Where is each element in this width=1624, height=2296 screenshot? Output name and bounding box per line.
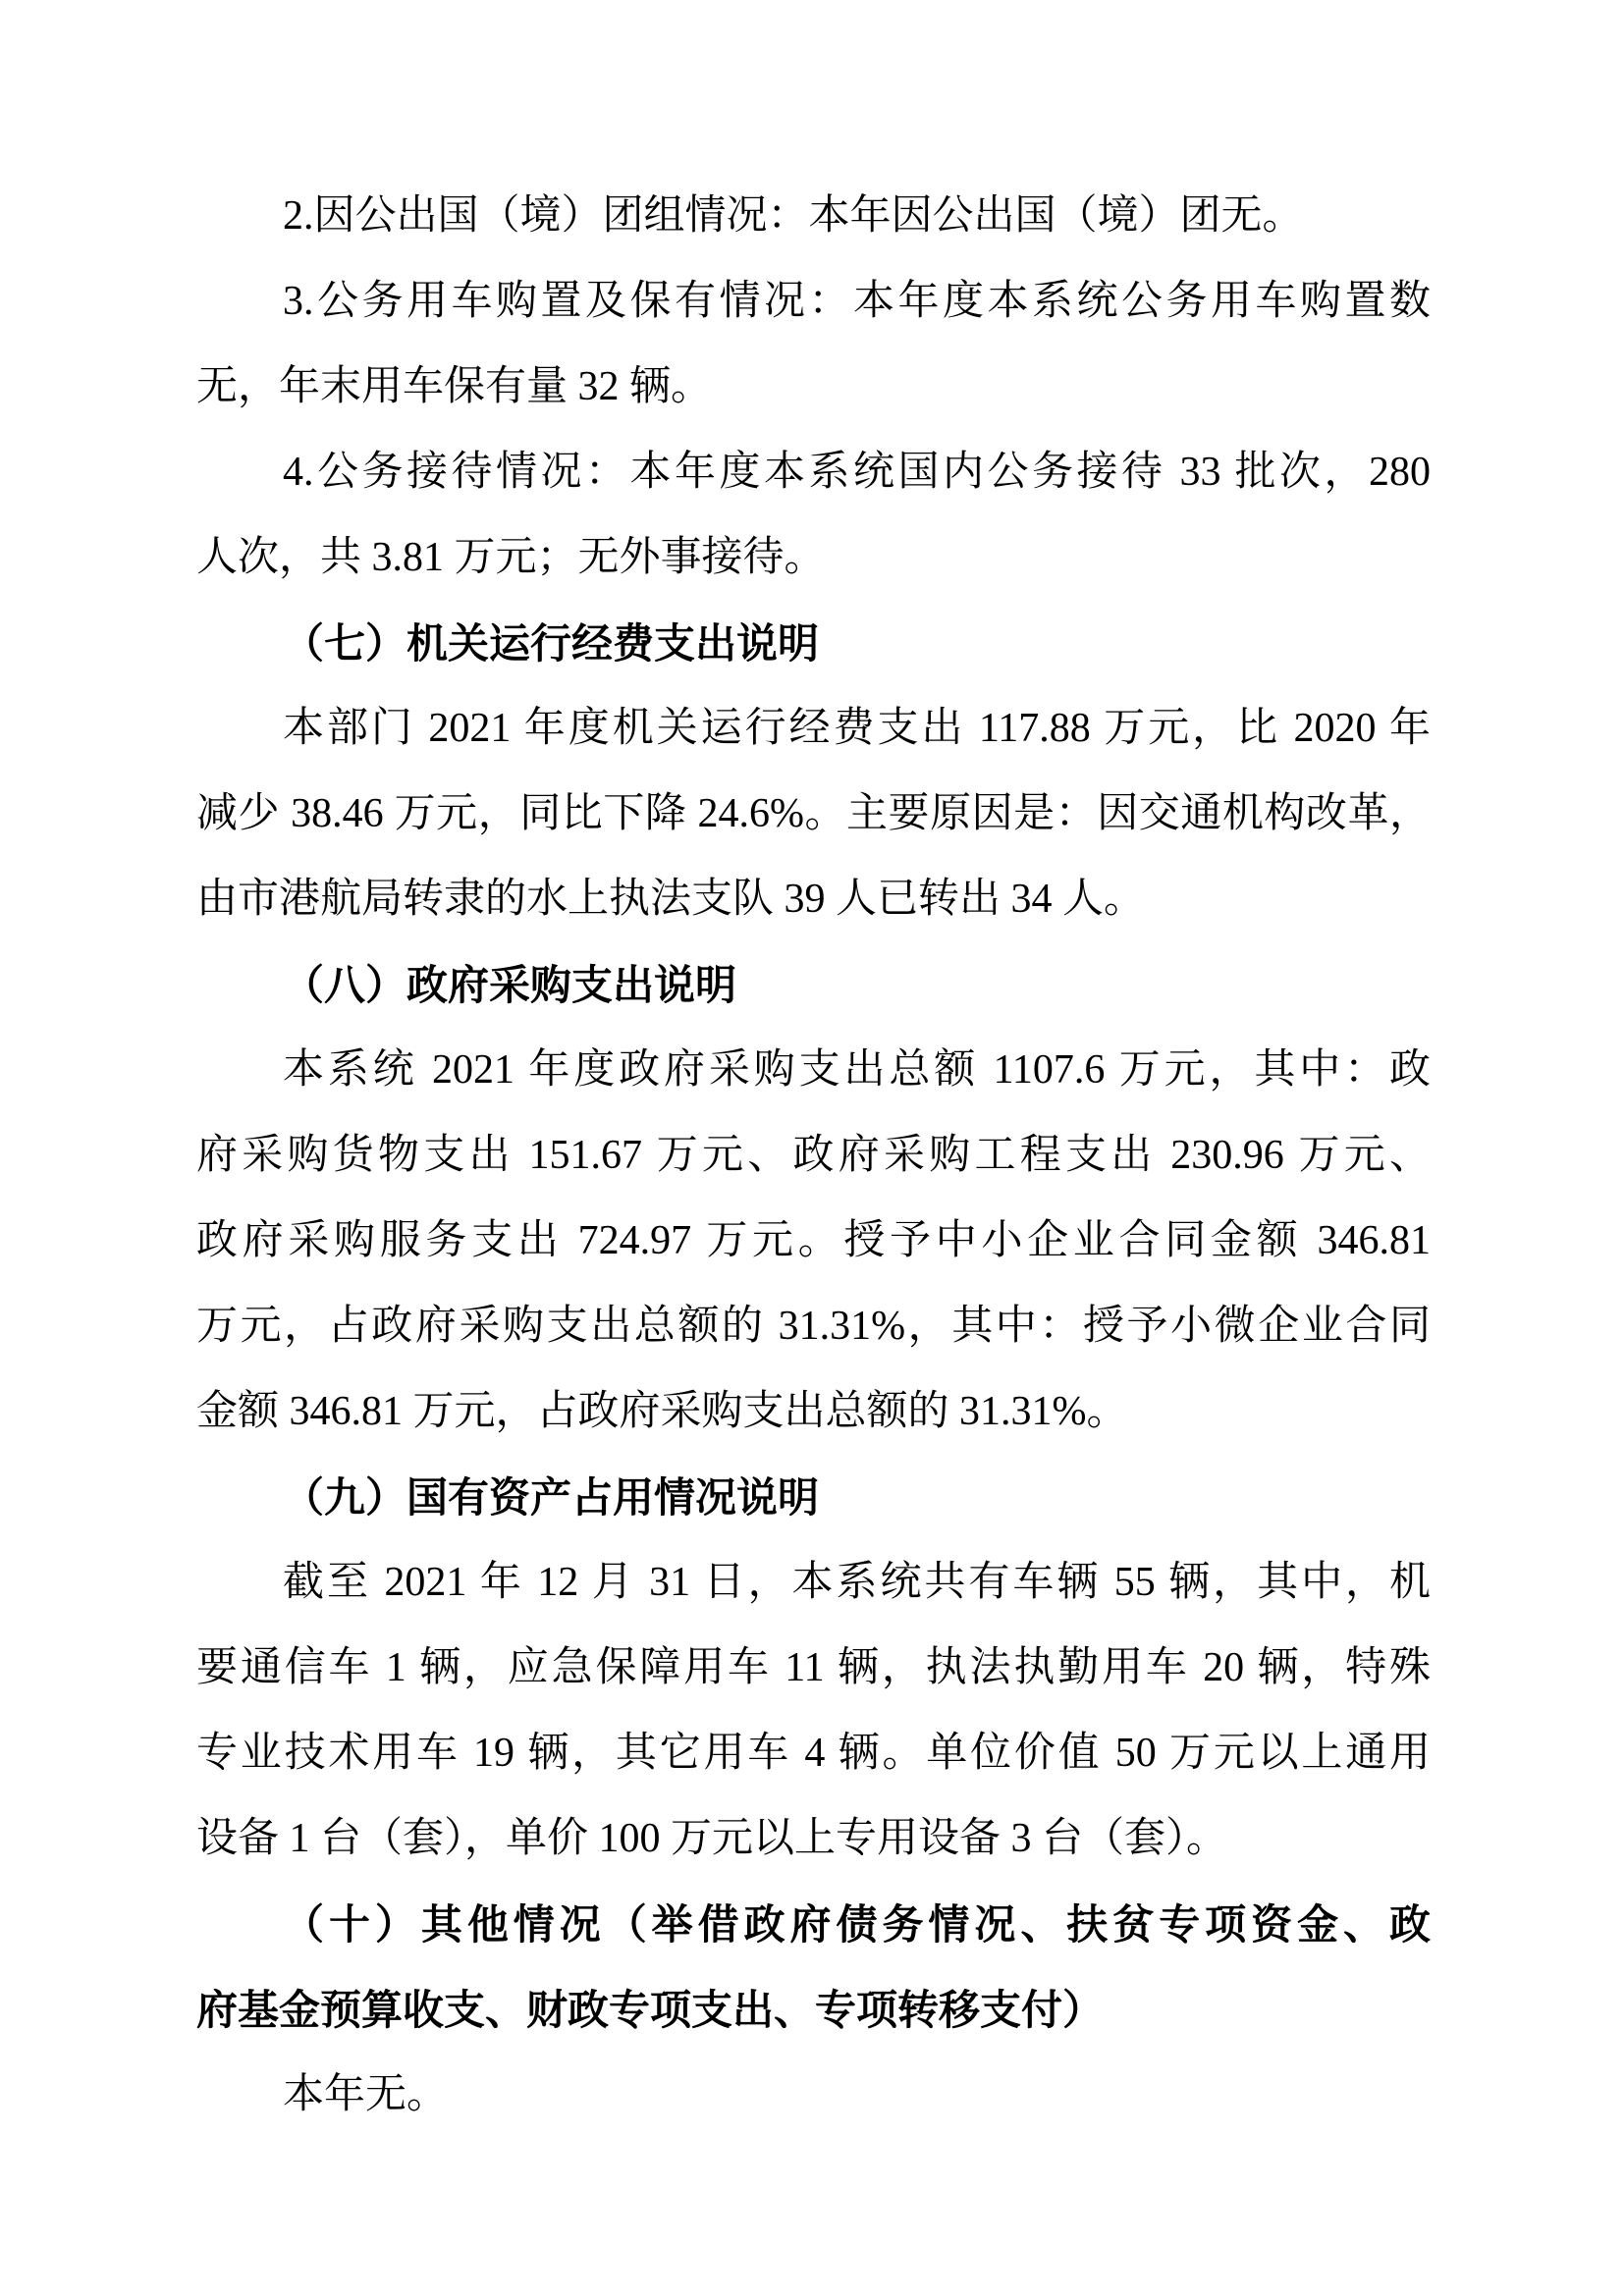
paragraph-line: 专业技术用车 19 辆，其它用车 4 辆。单位价值 50 万元以上通用: [196, 1711, 1431, 1796]
paragraph-line: 设备 1 台（套），单价 100 万元以上专用设备 3 台（套）。: [196, 1796, 1431, 1882]
paragraph-line: 府采购货物支出 151.67 万元、政府采购工程支出 230.96 万元、: [196, 1113, 1431, 1199]
paragraph-line: 减少 38.46 万元，同比下降 24.6%。主要原因是：因交通机构改革，: [196, 772, 1431, 857]
paragraph-line: 要通信车 1 辆，应急保障用车 11 辆，执法执勤用车 20 辆，特殊: [196, 1626, 1431, 1711]
paragraph-line: 人次，共 3.81 万元；无外事接待。: [196, 515, 1431, 601]
section-heading-10-line1: （十）其他情况（举借政府债务情况、扶贫专项资金、政: [196, 1882, 1431, 1967]
paragraph-line: 4.公务接待情况：本年度本系统国内公务接待 33 批次，280: [196, 430, 1431, 515]
paragraph-line: 3.公务用车购置及保有情况：本年度本系统公务用车购置数: [196, 259, 1431, 345]
paragraph-line: 金额 346.81 万元，占政府采购支出总额的 31.31%。: [196, 1369, 1431, 1455]
paragraph-line: 截至 2021 年 12 月 31 日，本系统共有车辆 55 辆，其中，机: [196, 1540, 1431, 1626]
paragraph-line: 本系统 2021 年度政府采购支出总额 1107.6 万元，其中：政: [196, 1028, 1431, 1113]
section-heading-9: （九）国有资产占用情况说明: [196, 1455, 1431, 1540]
section-heading-8: （八）政府采购支出说明: [196, 942, 1431, 1028]
section-heading-10-line2: 府基金预算收支、财政专项支出、专项转移支付）: [196, 1967, 1431, 2053]
paragraph-line: 2.因公出国（境）团组情况：本年因公出国（境）团无。: [196, 174, 1431, 259]
document-page: 2.因公出国（境）团组情况：本年因公出国（境）团无。 3.公务用车购置及保有情况…: [0, 0, 1624, 2296]
paragraph-line: 由市港航局转隶的水上执法支队 39 人已转出 34 人。: [196, 857, 1431, 942]
section-heading-7: （七）机关运行经费支出说明: [196, 601, 1431, 686]
paragraph-line: 万元，占政府采购支出总额的 31.31%，其中：授予小微企业合同: [196, 1284, 1431, 1369]
document-body: 2.因公出国（境）团组情况：本年因公出国（境）团无。 3.公务用车购置及保有情况…: [196, 174, 1431, 2138]
paragraph-line: 政府采购服务支出 724.97 万元。授予中小企业合同金额 346.81: [196, 1199, 1431, 1284]
paragraph-line: 本年无。: [196, 2053, 1431, 2138]
paragraph-line: 本部门 2021 年度机关运行经费支出 117.88 万元，比 2020 年: [196, 686, 1431, 772]
paragraph-line: 无，年末用车保有量 32 辆。: [196, 345, 1431, 430]
